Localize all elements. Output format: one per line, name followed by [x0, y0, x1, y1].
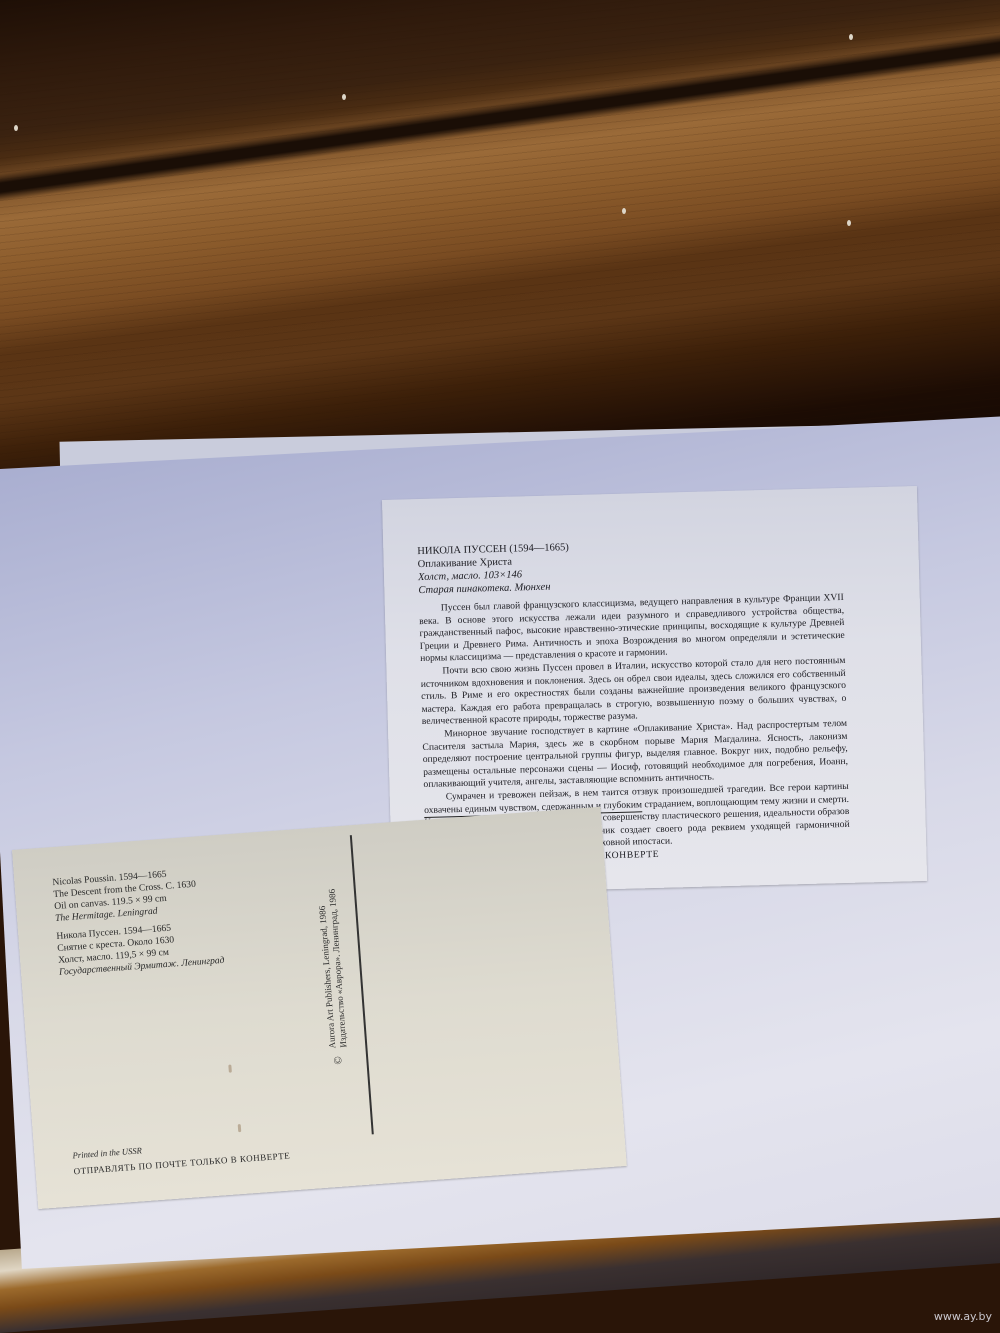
stain-mark	[238, 1124, 242, 1132]
copyright-symbol-icon: ©	[332, 1056, 345, 1065]
dust-speck	[849, 34, 853, 40]
dust-speck	[847, 220, 851, 226]
artwork-museum: Старая пинакотека. Мюнхен	[418, 580, 570, 597]
dust-speck	[622, 208, 626, 214]
address-divider-line	[350, 835, 373, 1134]
artwork-caption: НИКОЛА ПУССЕН (1594—1665) Оплакивание Хр…	[417, 541, 570, 597]
stain-mark	[228, 1065, 232, 1073]
artwork-caption: Nicolas Poussin. 1594—1665 The Descent f…	[52, 865, 225, 979]
watermark: www.ay.by	[934, 1310, 992, 1323]
publisher-imprint: © Aurora Art Publishers, Leningrad, 1986…	[316, 889, 351, 1066]
paragraph: Почти всю свою жизнь Пуссен провел в Ита…	[420, 655, 847, 729]
paragraph: Пуссен был главой французского классициз…	[419, 592, 846, 666]
paragraph: Минорное звучание господствует в картине…	[422, 718, 849, 792]
printed-in-ussr: Printed in the USSR	[72, 1145, 142, 1160]
dust-speck	[342, 94, 346, 100]
postcard-leningrad-1986: Nicolas Poussin. 1594—1665 The Descent f…	[12, 807, 627, 1209]
dust-speck	[14, 125, 18, 131]
wood-groove	[0, 0, 1000, 470]
